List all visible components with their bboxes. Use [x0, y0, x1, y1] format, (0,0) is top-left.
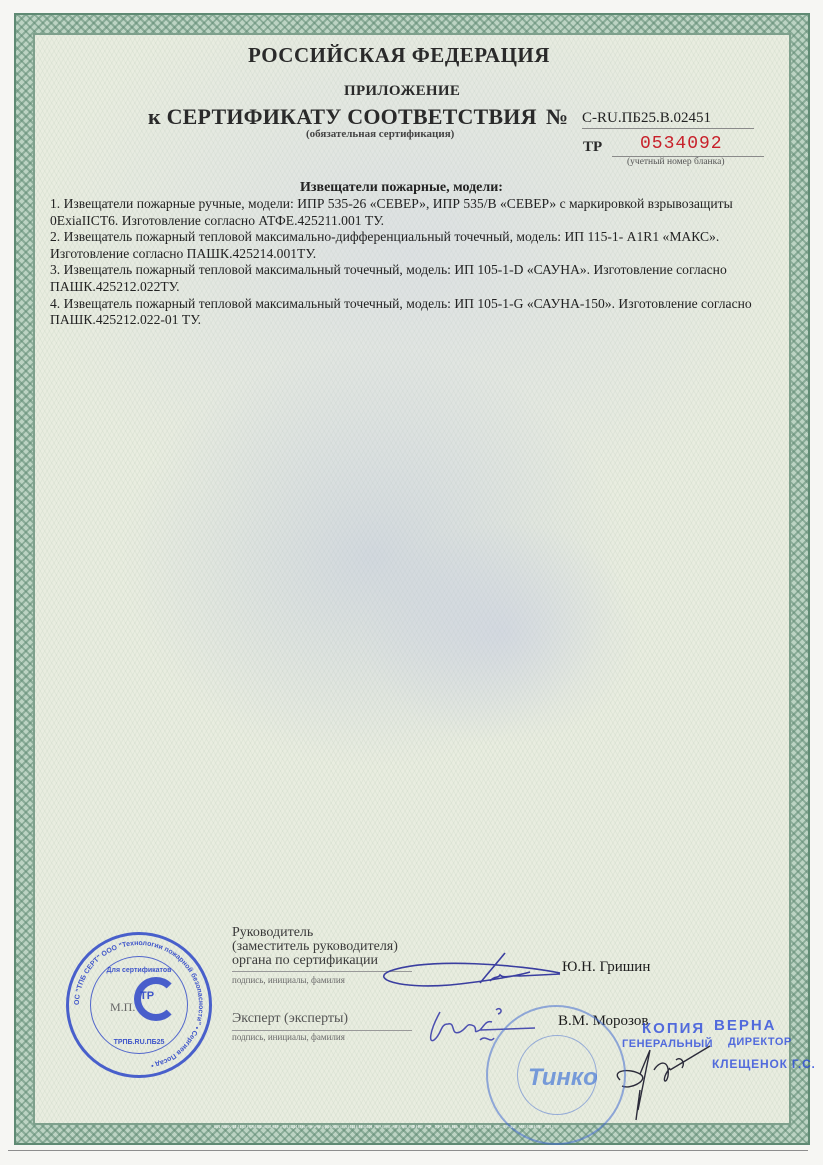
head-title-line: Руководитель	[232, 926, 412, 940]
products-heading: Извещатели пожарные, модели:	[300, 180, 503, 196]
certificate-number: C-RU.ПБ25.В.02451	[582, 110, 754, 129]
copy-stamp-line: ВЕРНА	[714, 1017, 777, 1034]
seal-place-label: М.П.	[110, 1000, 135, 1015]
expert-signature-block: Эксперт (эксперты) подпись, инициалы, фа…	[232, 1011, 412, 1042]
certification-type: (обязательная сертификация)	[306, 128, 454, 140]
seal-logo-text: ТР	[140, 990, 154, 1002]
product-list: 1. Извещатели пожарные ручные, модели: И…	[50, 196, 786, 329]
tr-label: ТР	[583, 139, 602, 156]
scan-edge-line	[8, 1150, 808, 1151]
copy-stamp-line: ДИРЕКТОР	[728, 1036, 792, 1048]
copy-stamp-line: КЛЕЩЕНОК Г.С.	[712, 1057, 816, 1071]
product-item: 2. Извещатель пожарный тепловой максимал…	[50, 229, 786, 262]
copy-stamp-line: ГЕНЕРАЛЬНЫЙ	[622, 1038, 713, 1050]
svg-text:Для сертификатов: Для сертификатов	[107, 967, 173, 974]
blank-number: 0534092	[640, 134, 723, 154]
product-item: 3. Извещатель пожарный тепловой максимал…	[50, 262, 786, 295]
head-handwritten-signature	[370, 945, 570, 995]
expert-label: Эксперт (эксперты)	[232, 1011, 348, 1026]
printer-footer: БЛАНК ИЗГОТОВЛЕН ЗАО «ОПЦИОН» www.opcion…	[214, 1125, 609, 1130]
company-stamp-brand: Тинко	[528, 1064, 598, 1092]
head-name: Ю.Н. Гришин	[562, 959, 650, 976]
svg-text:ТРПБ.RU.ПБ25: ТРПБ.RU.ПБ25	[114, 1039, 165, 1046]
document-sheet: РОССИЙСКАЯ ФЕДЕРАЦИЯ ПРИЛОЖЕНИЕ к СЕРТИФ…	[0, 0, 823, 1165]
blank-number-caption: (учетный номер бланка)	[627, 157, 724, 167]
certificate-title: к СЕРТИФИКАТУ СООТВЕТСТВИЯ	[148, 104, 537, 130]
product-item: 1. Извещатели пожарные ручные, модели: И…	[50, 196, 786, 229]
expert-signature-caption: подпись, инициалы, фамилия	[232, 1030, 412, 1042]
copy-stamp-line: КОПИЯ	[642, 1020, 705, 1037]
country-title: РОССИЙСКАЯ ФЕДЕРАЦИЯ	[248, 43, 550, 68]
appendix-title: ПРИЛОЖЕНИЕ	[344, 83, 460, 100]
number-sign: №	[546, 104, 568, 130]
product-item: 4. Извещатель пожарный тепловой максимал…	[50, 296, 786, 329]
